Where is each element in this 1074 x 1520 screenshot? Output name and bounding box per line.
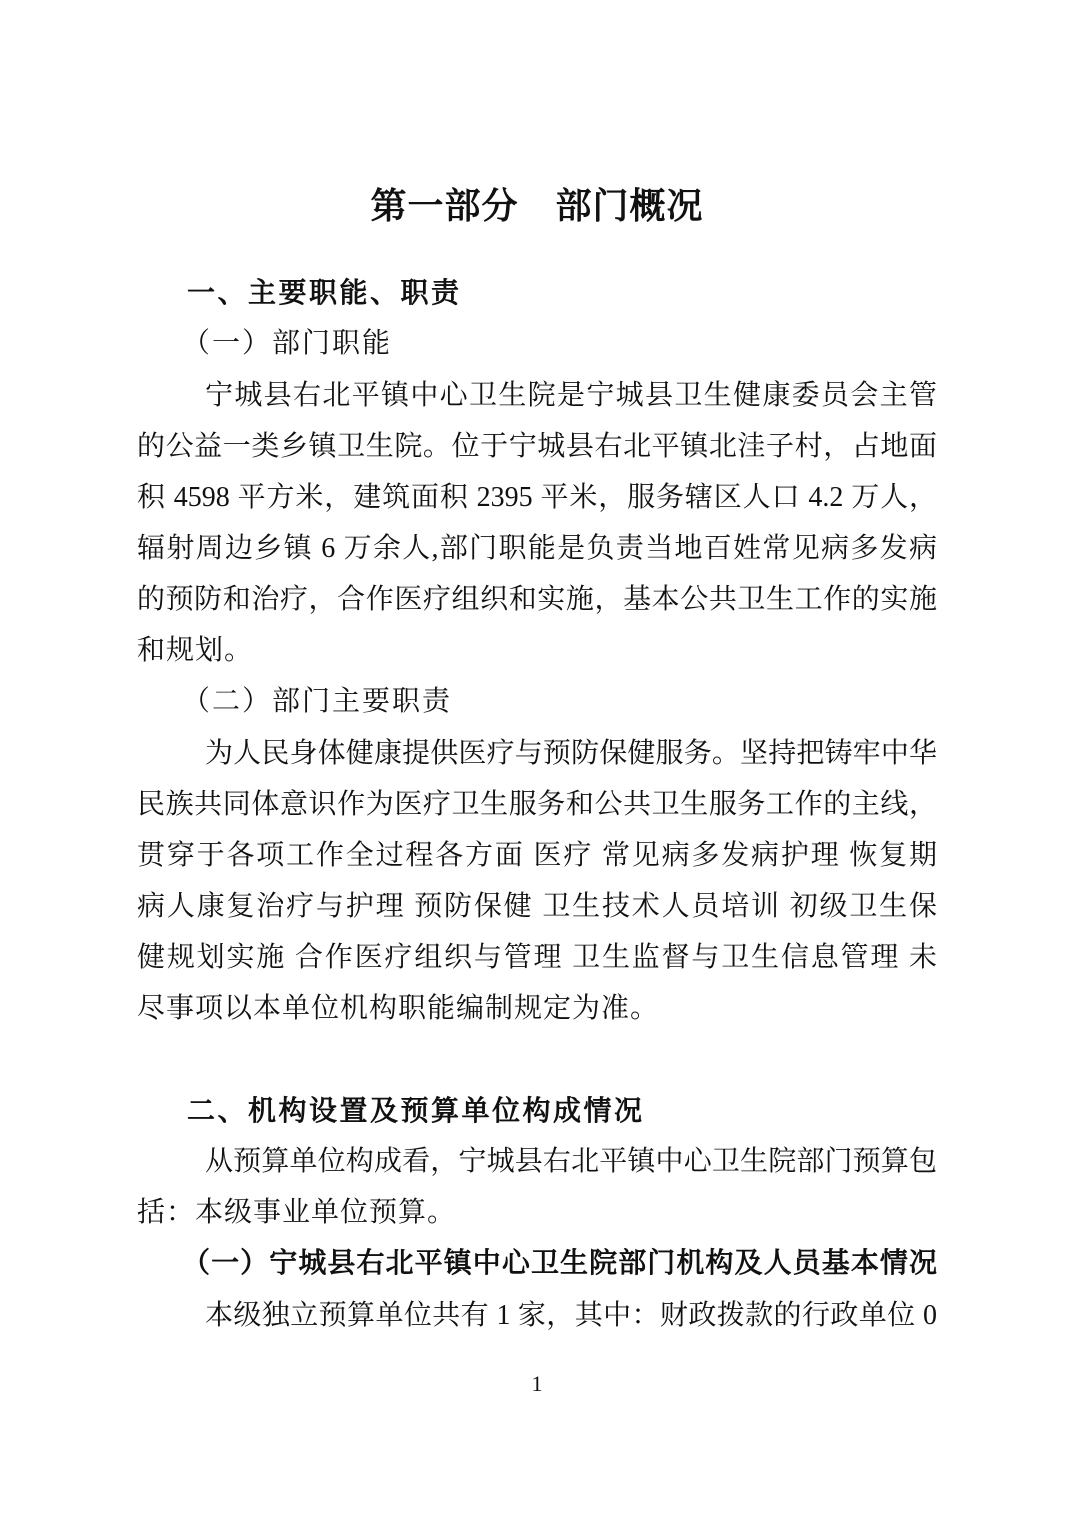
body-line: 健规划实施 合作医疗组织与管理 卫生监督与卫生信息管理 未 (137, 932, 937, 983)
body-line: 尽事项以本单位机构职能编制规定为准。 (137, 983, 937, 1034)
sub-heading-1-1: （一）部门职能 (137, 318, 937, 370)
body-line: 积 4598 平方米，建筑面积 2395 平米，服务辖区人口 4.2 万人， (137, 472, 937, 523)
body-line: 从预算单位构成看，宁城县右北平镇中心卫生院部门预算包 (137, 1136, 937, 1187)
body-line: 本级独立预算单位共有 1 家，其中：财政拨款的行政单位 0 (137, 1290, 937, 1341)
body-line: 括：本级事业单位预算。 (137, 1187, 937, 1238)
page-number: 1 (0, 1370, 1074, 1398)
document-page: 第一部分 部门概况一、主要职能、职责（一）部门职能宁城县右北平镇中心卫生院是宁城… (0, 0, 1074, 1520)
section-heading-2: 二、机构设置及预算单位构成情况 (137, 1086, 937, 1136)
document-body: 第一部分 部门概况一、主要职能、职责（一）部门职能宁城县右北平镇中心卫生院是宁城… (137, 180, 937, 1341)
body-line: 贯穿于各项工作全过程各方面 医疗 常见病多发病护理 恢复期 (137, 830, 937, 881)
sub-heading-1-2: （二）部门主要职责 (137, 676, 937, 728)
body-line: 辐射周边乡镇 6 万余人,部门职能是负责当地百姓常见病多发病 (137, 523, 937, 574)
body-line: 和规划。 (137, 625, 937, 676)
spacer (137, 1034, 937, 1086)
section-heading-1: 一、主要职能、职责 (137, 268, 937, 318)
body-line: 为人民身体健康提供医疗与预防保健服务。坚持把铸牢中华 (137, 728, 937, 779)
body-line: 的公益一类乡镇卫生院。位于宁城县右北平镇北洼子村，占地面 (137, 421, 937, 472)
doc-title: 第一部分 部门概况 (137, 180, 937, 232)
sub-heading-2-1: （一）宁城县右北平镇中心卫生院部门机构及人员基本情况 (137, 1238, 937, 1290)
body-line: 病人康复治疗与护理 预防保健 卫生技术人员培训 初级卫生保 (137, 881, 937, 932)
body-line: 民族共同体意识作为医疗卫生服务和公共卫生服务工作的主线， (137, 779, 937, 830)
body-line: 的预防和治疗，合作医疗组织和实施，基本公共卫生工作的实施 (137, 574, 937, 625)
body-line: 宁城县右北平镇中心卫生院是宁城县卫生健康委员会主管 (137, 370, 937, 421)
